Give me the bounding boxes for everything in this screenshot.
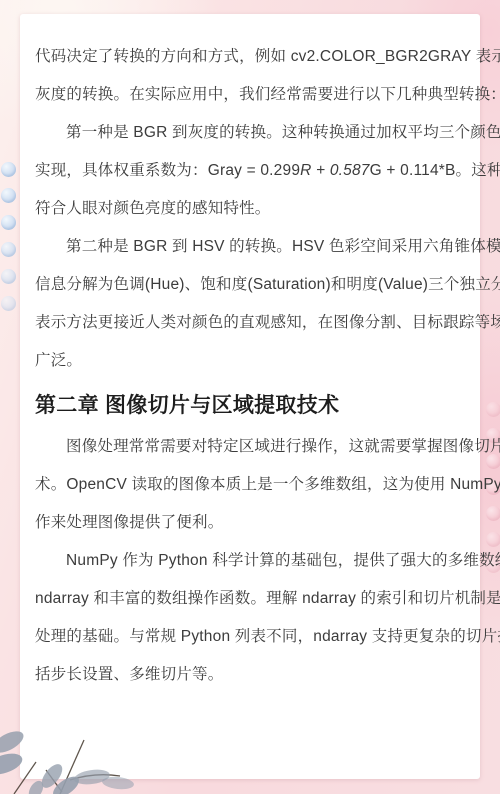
- pink-bead-icon: [486, 532, 500, 547]
- blue-bead-icon: [1, 188, 16, 203]
- text-line: NumPy 作为 Python 科学计算的基础包，提供了强大的多维数组对象: [35, 542, 454, 580]
- blue-bead-icon: [1, 296, 16, 311]
- formula-line: 实现，具体权重系数为：Gray = 0.299R + 0.587G + 0.11…: [35, 152, 454, 190]
- text-line: 信息分解为色调(Hue)、饱和度(Saturation)和明度(Value)三个…: [35, 266, 454, 304]
- document-page-card: 代码决定了转换的方向和方式，例如 cv2.COLOR_BGR2GRAY 表示从 …: [20, 14, 480, 779]
- text-line: ndarray 和丰富的数组操作函数。理解 ndarray 的索引和切片机制是进…: [35, 580, 454, 618]
- blue-bead-icon: [1, 162, 16, 177]
- formula-text: 实现，具体权重系数为：Gray = 0.299: [35, 162, 300, 179]
- text-line: 处理的基础。与常规 Python 列表不同，ndarray 支持更复杂的切片操作…: [35, 618, 454, 656]
- text-line: 第二种是 BGR 到 HSV 的转换。HSV 色彩空间采用六角锥体模型，将颜色: [35, 228, 454, 266]
- formula-italic-text: R + 0.587: [300, 162, 369, 179]
- text-line: 表示方法更接近人类对颜色的直观感知，在图像分割、目标跟踪等场景中应用: [35, 304, 454, 342]
- formula-text: G + 0.114*B。这种权重分配: [370, 162, 500, 179]
- pink-bead-icon: [486, 454, 500, 469]
- pink-bead-icon: [486, 402, 500, 417]
- text-line: 广泛。: [35, 342, 454, 380]
- text-line: 第一种是 BGR 到灰度的转换。这种转换通过加权平均三个颜色通道的值来: [35, 114, 454, 152]
- text-line: 术。OpenCV 读取的图像本质上是一个多维数组，这为使用 NumPy 的数组操: [35, 466, 454, 504]
- page-background: { "colors": { "page_background": "#f8dad…: [0, 0, 500, 794]
- text-line: 灰度的转换。在实际应用中，我们经常需要进行以下几种典型转换：: [35, 76, 454, 114]
- blue-bead-icon: [1, 215, 16, 230]
- pink-bead-icon: [486, 506, 500, 521]
- text-line: 图像处理常常需要对特定区域进行操作，这就需要掌握图像切片技: [35, 428, 454, 466]
- text-line: 符合人眼对颜色亮度的感知特性。: [35, 190, 454, 228]
- text-line: 作来处理图像提供了便利。: [35, 504, 454, 542]
- blue-bead-icon: [1, 269, 16, 284]
- chapter-heading: 第二章 图像切片与区域提取技术: [35, 384, 454, 428]
- text-line: 代码决定了转换的方向和方式，例如 cv2.COLOR_BGR2GRAY 表示从 …: [35, 38, 454, 76]
- text-line: 括步长设置、多维切片等。: [35, 656, 454, 694]
- blue-bead-icon: [1, 242, 16, 257]
